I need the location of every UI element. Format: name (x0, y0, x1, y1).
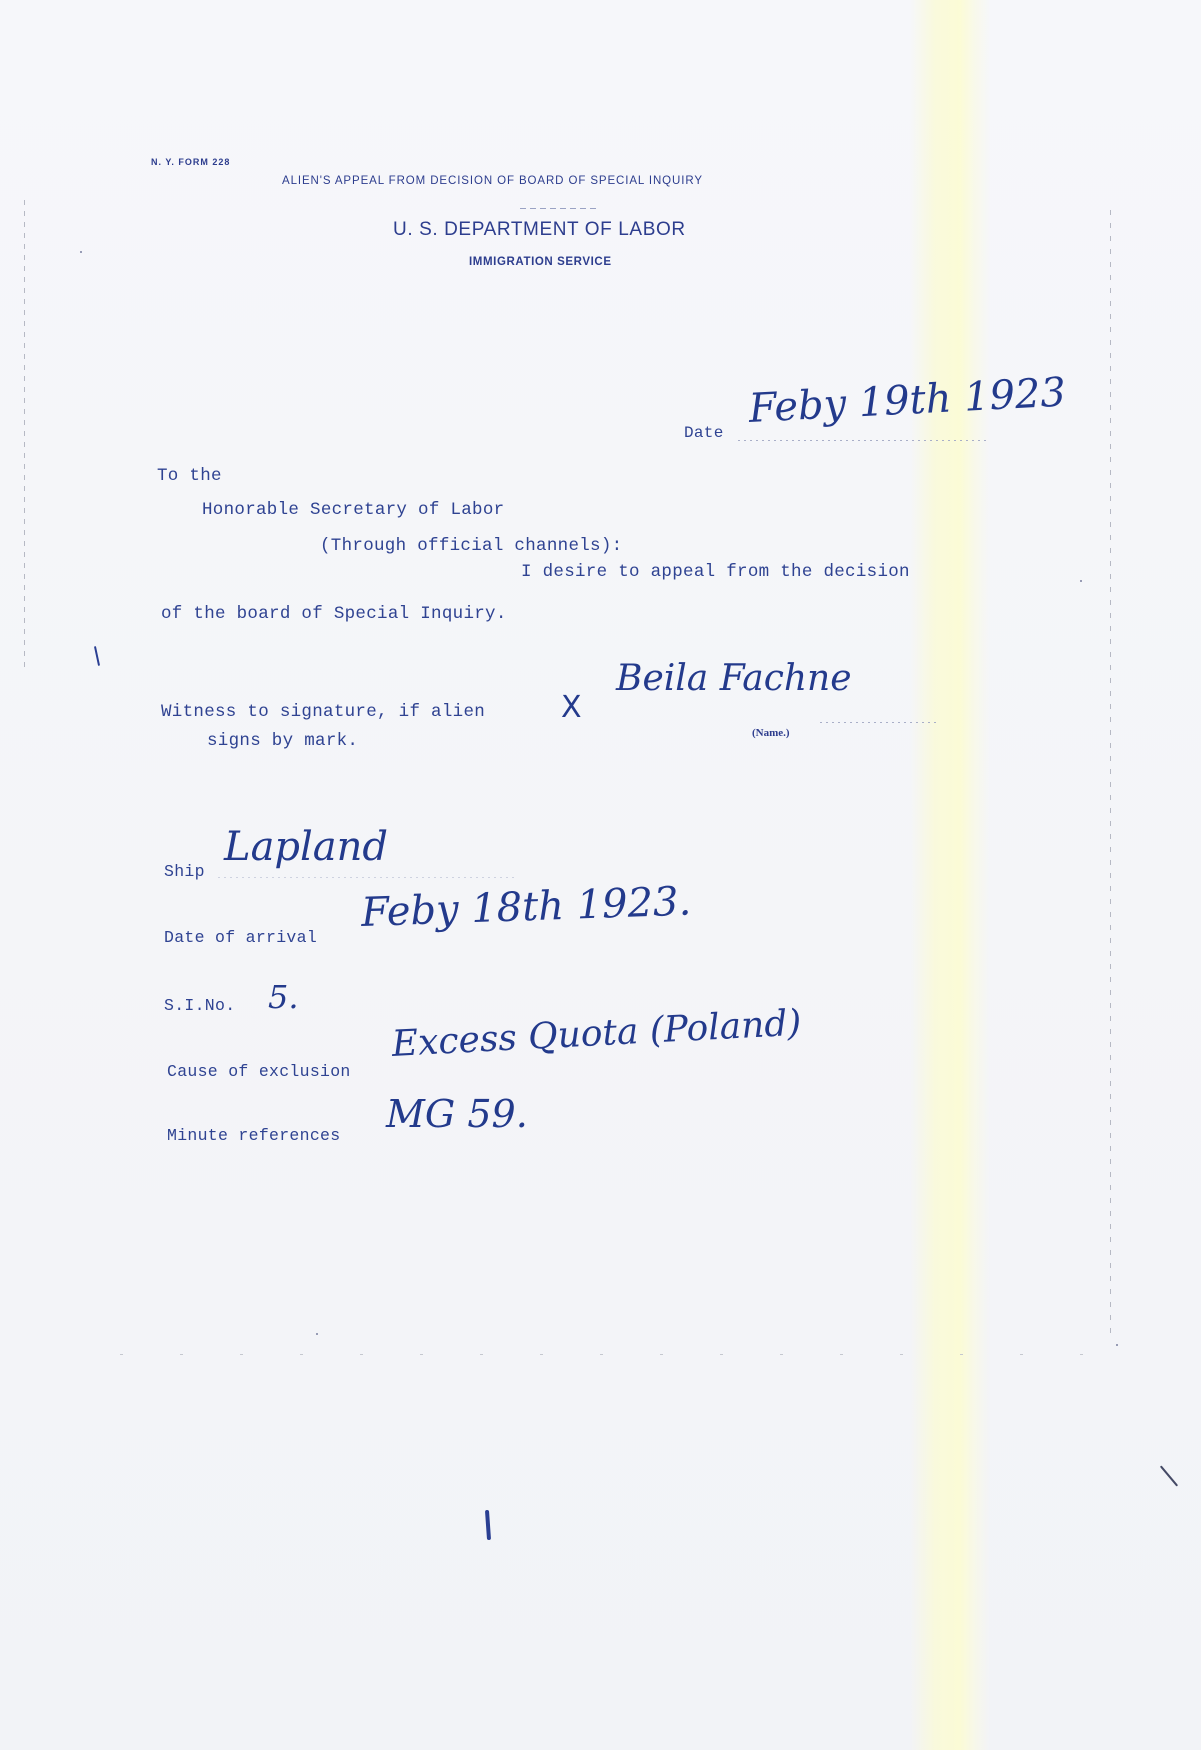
speck (316, 1333, 318, 1335)
ink-mark (485, 1510, 491, 1540)
document-page: N. Y. FORM 228 ALIEN'S APPEAL FROM DECIS… (0, 0, 1201, 1750)
si-number-value: 5. (268, 978, 299, 1016)
ship-line (218, 877, 518, 878)
form-number: N. Y. FORM 228 (151, 157, 230, 167)
department-name: U. S. DEPARTMENT OF LABOR (393, 219, 686, 241)
salutation-line-2: Honorable Secretary of Labor (202, 500, 504, 520)
witness-label-line-1: Witness to signature, if alien (161, 702, 485, 722)
ship-value: Lapland (224, 824, 388, 870)
exclusion-cause-label: Cause of exclusion (167, 1062, 351, 1081)
left-fold-line (24, 200, 25, 670)
date-label: Date (684, 424, 724, 442)
body-line-2: of the board of Special Inquiry. (161, 604, 507, 624)
speck (1080, 580, 1082, 582)
ship-label: Ship (164, 862, 205, 881)
signature-line (820, 722, 940, 723)
service-name: IMMIGRATION SERVICE (469, 256, 612, 268)
margin-mark (94, 646, 100, 666)
edge-mark (1160, 1465, 1178, 1486)
salutation-line-3: (Through official channels): (320, 536, 622, 556)
date-value: Feby 19th 1923 (748, 369, 1067, 432)
salutation-line-1: To the (157, 466, 222, 486)
si-number-label: S.I.No. (164, 996, 235, 1015)
right-fold-line (1110, 210, 1111, 1340)
name-caption: (Name.) (752, 727, 790, 739)
arrival-date-label: Date of arrival (164, 928, 317, 947)
alien-signature: Beila Fachne (616, 658, 852, 699)
bottom-fold-line (120, 1354, 1120, 1355)
exclusion-cause-value: Excess Quota (Poland) (391, 1003, 803, 1065)
witness-label-line-2: signs by mark. (207, 731, 358, 751)
alien-mark: X (561, 690, 582, 725)
minute-references-value: MG 59. (386, 1092, 528, 1136)
header-divider (520, 208, 600, 209)
form-title: ALIEN'S APPEAL FROM DECISION OF BOARD OF… (282, 175, 703, 187)
date-line (738, 440, 988, 441)
body-line-1: I desire to appeal from the decision (521, 562, 910, 582)
speck (1116, 1344, 1118, 1346)
arrival-date-value: Feby 18th 1923. (360, 879, 692, 936)
speck (80, 251, 82, 253)
minute-references-label: Minute references (167, 1126, 340, 1145)
